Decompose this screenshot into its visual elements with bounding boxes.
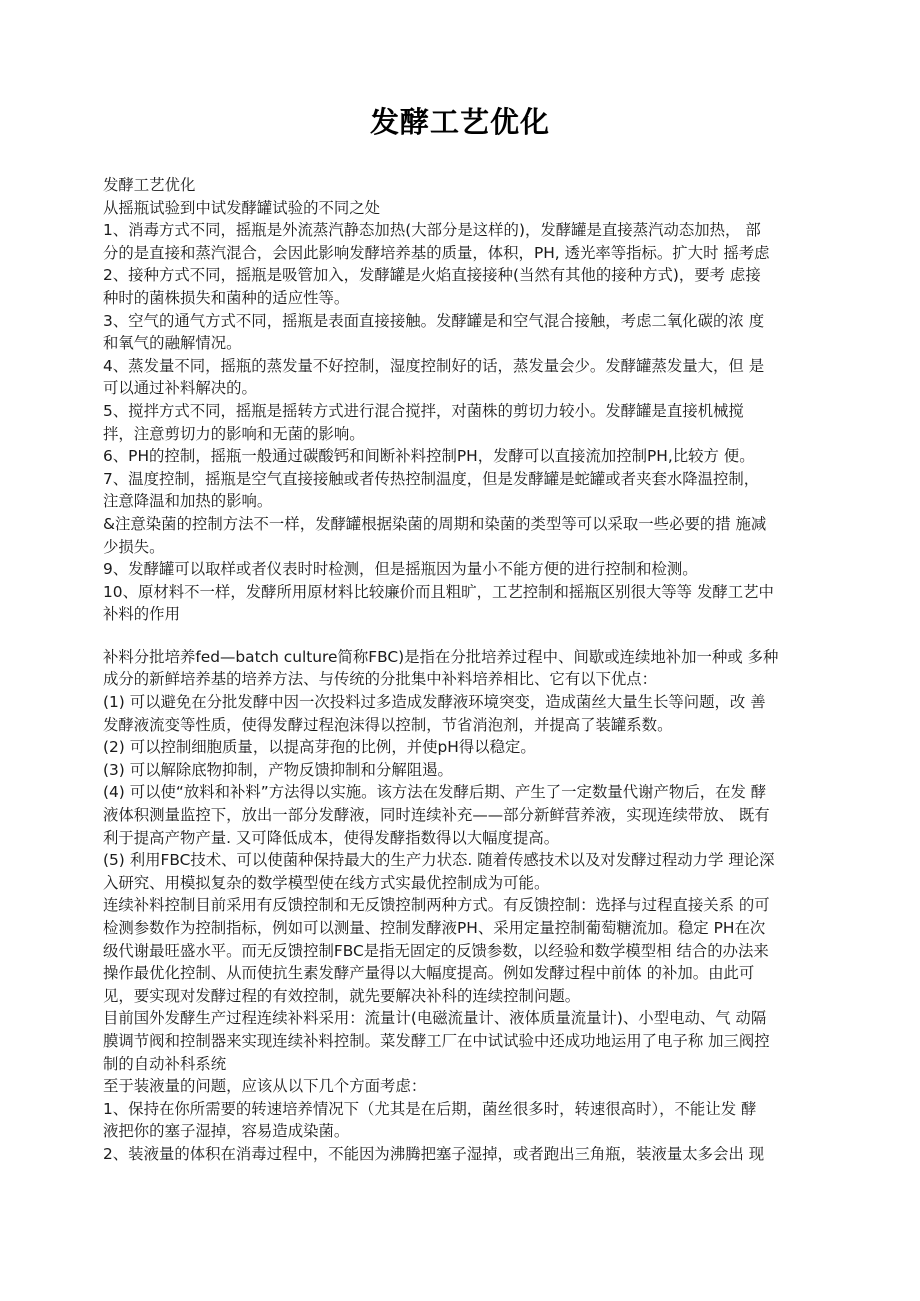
text-line: 检测参数作为控制指标，例如可以测量、控制发酵液PH、采用定量控制葡萄糖流加。稳定… — [103, 917, 823, 940]
text-line: 级代谢最旺盛水平。而无反馈控制FBC是指无固定的反馈参数，以经验和数学模型相 结… — [103, 940, 823, 963]
text-line: 1、保持在你所需要的转速培养情况下（尤其是在后期，菌丝很多时，转速很高时），不能… — [103, 1098, 823, 1121]
text-line: 5、搅拌方式不同，摇瓶是摇转方式进行混合搅拌，对菌株的剪切力较小。发酵罐是直接机… — [103, 400, 823, 423]
text-line: &注意染菌的控制方法不一样，发酵罐根据染菌的周期和染菌的类型等可以采取一些必要的… — [103, 513, 823, 536]
blank-line — [103, 626, 823, 646]
text-line: (1) 可以避免在分批发酵中因一次投料过多造成发酵液环境突变，造成菌丝大量生长等… — [103, 691, 823, 714]
text-line: 可以通过补料解决的。 — [103, 377, 823, 400]
text-line: 发酵工艺优化 — [103, 174, 823, 197]
text-line: 利于提高产物产量. 又可降低成本，使得发酵指数得以大幅度提高。 — [103, 827, 823, 850]
text-line: 目前国外发酵生产过程连续补料采用：流量计(电磁流量计、液体质量流量计)、小型电动… — [103, 1007, 823, 1030]
document-title: 发酵工艺优化 — [0, 100, 920, 141]
text-line: 液把你的塞子湿掉，容易造成染菌。 — [103, 1120, 823, 1143]
text-line: 发酵液流变等性质，使得发酵过程泡沫得以控制，节省消泡剂，并提高了装罐系数。 — [103, 714, 823, 737]
text-line: 7、温度控制，摇瓶是空气直接接触或者传热控制温度，但是发酵罐是蛇罐或者夹套水降温… — [103, 468, 823, 491]
text-line: 至于装液量的问题，应该从以下几个方面考虑： — [103, 1075, 823, 1098]
text-line: 4、蒸发量不同，摇瓶的蒸发量不好控制，湿度控制好的话，蒸发量会少。发酵罐蒸发量大… — [103, 355, 823, 378]
text-line: 10、原材料不一样，发酵所用原材料比较廉价而且粗旷，工艺控制和摇瓶区别很大等等 … — [103, 581, 823, 604]
text-line: 9、发酵罐可以取样或者仪表时时检测，但是摇瓶因为量小不能方便的进行控制和检测。 — [103, 558, 823, 581]
text-line: 少损失。 — [103, 536, 823, 559]
document-page: 发酵工艺优化 发酵工艺优化从摇瓶试验到中试发酵罐试验的不同之处1、消毒方式不同，… — [0, 0, 920, 1301]
text-line: 成分的新鲜培养基的培养方法、与传统的分批集中补料培养相比、它有以下优点： — [103, 668, 823, 691]
text-line: 操作最优化控制、从而使抗生素发酵产量得以大幅度提高。例如发酵过程中前体 的补加。… — [103, 962, 823, 985]
text-line: 分的是直接和蒸汽混合，会因此影响发酵培养基的质量，体积，PH, 透光率等指标。扩… — [103, 242, 823, 265]
text-line: 6、PH的控制，摇瓶一般通过碳酸钙和间断补料控制PH，发酵可以直接流加控制PH,… — [103, 445, 823, 468]
text-line: 液体积测量监控下，放出一部分发酵液，同时连续补充——部分新鲜营养液，实现连续带放… — [103, 804, 823, 827]
text-line: 拌，注意剪切力的影响和无菌的影响。 — [103, 423, 823, 446]
text-line: 3、空气的通气方式不同，摇瓶是表面直接接触。发酵罐是和空气混合接触，考虑二氧化碳… — [103, 310, 823, 333]
text-line: 种时的菌株损失和菌种的适应性等。 — [103, 287, 823, 310]
text-line: 从摇瓶试验到中试发酵罐试验的不同之处 — [103, 197, 823, 220]
text-line: 补料的作用 — [103, 603, 823, 626]
text-line: (5) 利用FBC技术、可以使菌种保持最大的生产力状态. 随着传感技术以及对发酵… — [103, 849, 823, 872]
text-line: 见，要实现对发酵过程的有效控制，就先要解决补科的连续控制问题。 — [103, 985, 823, 1008]
text-line: (3) 可以解除底物抑制，产物反馈抑制和分解阻遏。 — [103, 759, 823, 782]
text-line: 入研究、用模拟复杂的数学模型使在线方式实最优控制成为可能。 — [103, 872, 823, 895]
text-line: 补料分批培养fed—batch culture简称FBC)是指在分批培养过程中、… — [103, 646, 823, 669]
text-line: 和氧气的融解情况。 — [103, 332, 823, 355]
text-line: (2) 可以控制细胞质量，以提高芽孢的比例，并使pH得以稳定。 — [103, 736, 823, 759]
text-line: 2、装液量的体积在消毒过程中，不能因为沸腾把塞子湿掉，或者跑出三角瓶，装液量太多… — [103, 1143, 823, 1166]
text-line: 连续补料控制目前采用有反馈控制和无反馈控制两种方式。有反馈控制：选择与过程直接关… — [103, 894, 823, 917]
text-line: 1、消毒方式不同，摇瓶是外流蒸汽静态加热(大部分是这样的)，发酵罐是直接蒸汽动态… — [103, 219, 823, 242]
text-line: 制的自动补科系统 — [103, 1053, 823, 1076]
document-body: 发酵工艺优化从摇瓶试验到中试发酵罐试验的不同之处1、消毒方式不同，摇瓶是外流蒸汽… — [103, 174, 823, 1166]
text-line: 注意降温和加热的影响。 — [103, 490, 823, 513]
text-line: 2、接种方式不同，摇瓶是吸管加入，发酵罐是火焰直接接种(当然有其他的接种方式)，… — [103, 264, 823, 287]
text-line: 膜调节阀和控制器来实现连续补料控制。菜发酵工厂在中试试验中还成功地运用了电子称 … — [103, 1030, 823, 1053]
text-line: (4) 可以使“放料和补料”方法得以实施。该方法在发酵后期、产生了一定数量代谢产… — [103, 781, 823, 804]
